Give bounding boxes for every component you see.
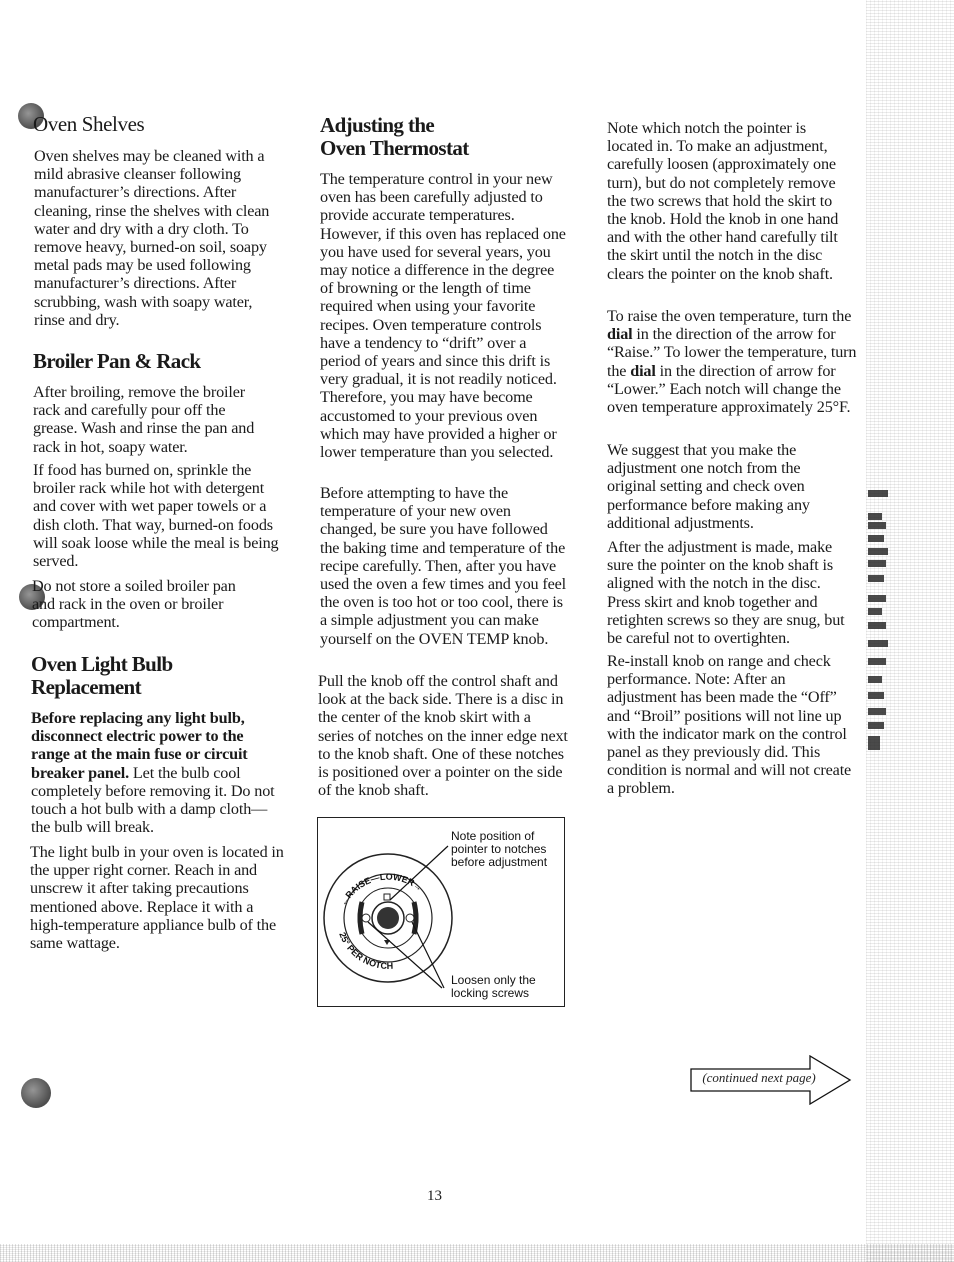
figure-label-pointer: Note position of pointer to notches befo… (451, 830, 547, 869)
broiler-pan-para-2: If food has burned on, sprinkle the broi… (33, 461, 283, 570)
dial-emphasis: dial (607, 325, 633, 343)
thermostat-para-3: Pull the knob off the control shaft and … (318, 672, 568, 799)
knob-diagram: ←RAISE—LOWER→ 25° PER NOTCH Note positio… (317, 817, 565, 1007)
section-title-thermostat-line1: Adjusting the (320, 114, 434, 137)
thermostat-para-1: The temperature control in your new oven… (320, 170, 568, 461)
light-bulb-warning: Before replacing any light bulb, disconn… (31, 709, 281, 836)
adjustment-para-3: We suggest that you make the adjustment … (607, 441, 847, 532)
light-bulb-para-2: The light bulb in your oven is located i… (30, 843, 285, 952)
section-title-light-bulb-line1: Oven Light Bulb (31, 653, 173, 676)
adjustment-para-1: Note which notch the pointer is located … (607, 119, 855, 283)
section-title-light-bulb-line2: Replacement (31, 676, 141, 699)
scan-bleed-marks (868, 480, 954, 760)
broiler-pan-para-1: After broiling, remove the broiler rack … (33, 383, 273, 456)
adjustment-para-4: After the adjustment is made, make sure … (607, 538, 857, 647)
section-title-oven-shelves: Oven Shelves (33, 113, 144, 136)
continued-label: (continued next page) (698, 1070, 820, 1086)
figure-label-screws: Loosen only the locking screws (451, 974, 536, 1000)
svg-text:←RAISE—LOWER→: ←RAISE—LOWER→ (338, 872, 425, 908)
scan-edge-bottom (0, 1244, 954, 1262)
thermostat-para-2: Before attempting to have the temperatur… (320, 484, 570, 648)
section-title-thermostat-line2: Oven Thermostat (320, 137, 469, 160)
dial-raise-lower-label: ←RAISE—LOWER→ (338, 872, 425, 908)
text-span: To raise the oven temperature, turn the (607, 307, 851, 325)
section-title-broiler-pan: Broiler Pan & Rack (33, 350, 201, 373)
dial-emphasis: dial (630, 362, 656, 380)
adjustment-para-5: Re-install knob on range and check perfo… (607, 652, 852, 798)
oven-shelves-body: Oven shelves may be cleaned with a mild … (34, 147, 284, 329)
page-number: 13 (427, 1188, 442, 1205)
continued-next-page-arrow: (continued next page) (690, 1055, 852, 1105)
adjustment-para-2: To raise the oven temperature, turn the … (607, 307, 857, 416)
punch-hole-icon (21, 1078, 51, 1108)
broiler-pan-para-3: Do not store a soiled broiler pan and ra… (32, 577, 262, 632)
